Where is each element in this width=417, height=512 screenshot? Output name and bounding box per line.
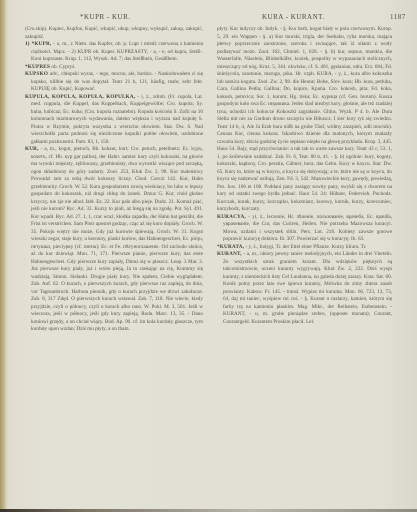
left-running-title: *KUPR - KUR. [80, 13, 131, 21]
entry-text: - yi, ż., leczenie, Hr. лѣченіе, пользов… [223, 214, 392, 243]
entry-text: - a, m., ubiory pewny taniec melodyjnych… [223, 251, 392, 325]
entry-text: (Cro.skip). Kupiec, Kupfon, Kupić, wkupi… [25, 26, 203, 40]
entry-headword: KURACYA, [217, 214, 246, 220]
page-number: 1187 [390, 13, 406, 21]
dictionary-entry: *KUPRES ob. Cypryś. [25, 64, 203, 72]
entry-text: ob. Cypryś. [51, 64, 75, 70]
entry-headword: KUPULA, KOPULA, KOPUŁA, KOPULKA, [25, 94, 135, 100]
entry-headword: KUR, [25, 146, 39, 152]
dictionary-entry: KURACYA, - yi, ż., leczenie, Hr. лѣченіе… [217, 214, 392, 244]
scanned-dictionary-page: *KUPR - KUR. KURA - KURANT. 1187 (Cro.sk… [0, 0, 417, 512]
right-column: płyty. Kur indyczy ob. Indyk. - §. Kur h… [217, 26, 392, 326]
dictionary-entry: KURANT, - a, m., ubiory pewny taniec mel… [217, 251, 392, 326]
entry-headword: 1) *KUPR, [25, 41, 51, 47]
running-header: *KUPR - KUR. KURA - KURANT. 1187 [0, 13, 417, 23]
entry-text: - y, ż., Indygi, Tr. der Ettel einer Pfl… [246, 244, 367, 250]
entry-headword: *KUPRES [25, 64, 50, 70]
dictionary-entry: KUR, - a, m., kogut, pietuch, Bh. kohaut… [25, 146, 203, 334]
dictionary-entry: *KURATA, - y, ż., Indygi, Tr. der Ettel … [217, 244, 392, 252]
entry-headword: KUPSKO [25, 71, 48, 77]
dictionary-entry: 1) *KUPR, - u, m., z Niem. das Kupfer, o… [25, 41, 203, 64]
left-column: (Cro.skip). Kupiec, Kupfon, Kupić, wkupi… [25, 26, 203, 334]
entry-text: - i, ż., zdrob. (Fr. cupola, Lat. med. c… [31, 94, 203, 145]
book-spine-shadow [0, 0, 6, 512]
entry-text: - a, m., kogut, pietuch, Bh. kohaut, kur… [31, 146, 203, 332]
entry-headword: KURANT, [217, 251, 242, 257]
dictionary-entry: KUPSKO adv., chłopski wyraz, - tego, moc… [25, 71, 203, 94]
entry-text: adv., chłopski wyraz, - tego, mocno, ale… [31, 71, 203, 92]
right-running-title: KURA - KURANT. [262, 13, 325, 21]
dictionary-entry: płyty. Kur indyczy ob. Indyk. - §. Kur h… [217, 26, 392, 214]
dictionary-entry: (Cro.skip). Kupiec, Kupfon, Kupić, wkupi… [25, 26, 203, 41]
entry-text: - u, m., z Niem. das Kupfer, ob. p. Lupr… [31, 41, 203, 62]
entry-headword: *KURATA, [217, 244, 244, 250]
entry-text: płyty. Kur indyczy ob. Indyk. - §. Kur h… [217, 26, 392, 212]
dictionary-entry: KUPULA, KOPULA, KOPUŁA, KOPULKA, - i, ż.… [25, 94, 203, 147]
